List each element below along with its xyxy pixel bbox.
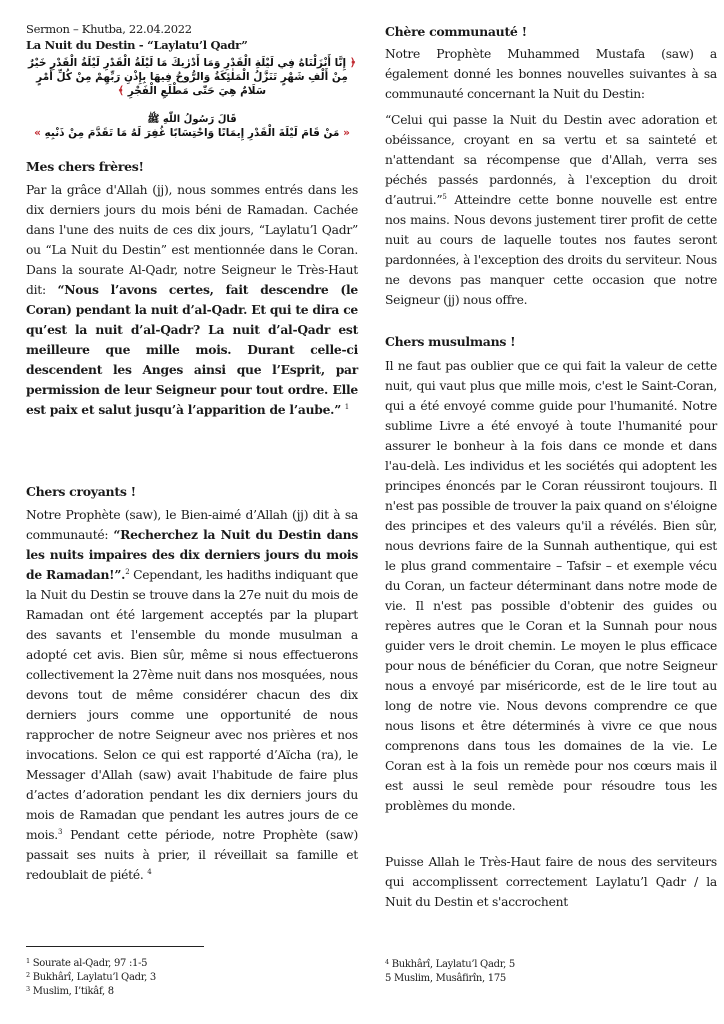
ornament-open-icon: ﴿ — [350, 57, 356, 69]
quote-open-icon: « — [343, 127, 350, 139]
footnote-ref[interactable]: 4 — [147, 868, 151, 876]
ornament-close-icon: ﴾ — [118, 85, 124, 97]
arabic-hadith: « مَنْ قَامَ لَيْلَةَ الْقَدْرِ إِيمَانً… — [26, 126, 358, 140]
paragraph-freres: Par la grâce d'Allah (jj), nous sommes e… — [26, 180, 358, 420]
paragraph-text: Atteindre cette bonne nouvelle est entre… — [385, 193, 717, 307]
quran-quote: “Nous l’avons certes, fait descendre (le… — [26, 282, 358, 417]
paragraph-text: Pendant cette période, notre Prophète (s… — [26, 828, 358, 882]
paragraph-text: Par la grâce d'Allah (jj), nous sommes e… — [26, 183, 358, 297]
paragraph-croyants: Notre Prophète (saw), le Bien-aimé d’All… — [26, 505, 358, 885]
sermon-meta: Sermon – Khutba, 22.04.2022 — [26, 22, 192, 37]
footnote-item: 4 Bukhârî, Laylatu’l Qadr, 5 — [385, 958, 515, 972]
paragraph-text: Cependant, les hadiths indiquant que la … — [26, 568, 358, 842]
footnote-ref[interactable]: 1 — [345, 403, 349, 411]
footnote-item: 1 Sourate al-Qadr, 97 :1-5 — [26, 957, 156, 971]
paragraph-closing: Puisse Allah le Très-Haut faire de nous … — [385, 852, 717, 912]
footnote-item: 2 Bukhârî, Laylatu’l Qadr, 3 — [26, 971, 156, 985]
paragraph-musulmans: Il ne faut pas oublier que ce qui fait l… — [385, 356, 717, 816]
section-heading-musulmans: Chers musulmans ! — [385, 333, 515, 350]
arabic-verse: ﴿ إِنَّا أَنْزَلْنَاهُ فِي لَيْلَةِ الْق… — [26, 56, 358, 98]
footnotes-right: 4 Bukhârî, Laylatu’l Qadr, 5 5 Muslim, M… — [385, 958, 515, 986]
paragraph-communaute: “Celui qui passe la Nuit du Destin avec … — [385, 110, 717, 310]
paragraph-communaute-intro: Notre Prophète Muhammed Mustafa (saw) a … — [385, 44, 717, 104]
footnote-item: 3 Muslim, I’tikâf, 8 — [26, 985, 156, 999]
arabic-attribution: قَالَ رَسُولُ اللّٰهِ ﷺ — [26, 113, 358, 127]
footnote-item: 5 Muslim, Musâfirîn, 175 — [385, 972, 515, 986]
section-heading-croyants: Chers croyants ! — [26, 483, 136, 500]
footnote-divider — [26, 946, 204, 947]
footnotes-left: 1 Sourate al-Qadr, 97 :1-5 2 Bukhârî, La… — [26, 957, 156, 999]
quote-close-icon: » — [34, 127, 41, 139]
arabic-hadith-text: مَنْ قَامَ لَيْلَةَ الْقَدْرِ إِيمَانًا … — [45, 127, 340, 139]
document-title: La Nuit du Destin - “Laylatu’l Qadr” — [26, 38, 248, 53]
section-heading-freres: Mes chers frères! — [26, 158, 144, 175]
section-heading-communaute: Chère communauté ! — [385, 23, 527, 40]
arabic-verse-text: إِنَّا أَنْزَلْنَاهُ فِي لَيْلَةِ الْقَد… — [28, 57, 348, 97]
